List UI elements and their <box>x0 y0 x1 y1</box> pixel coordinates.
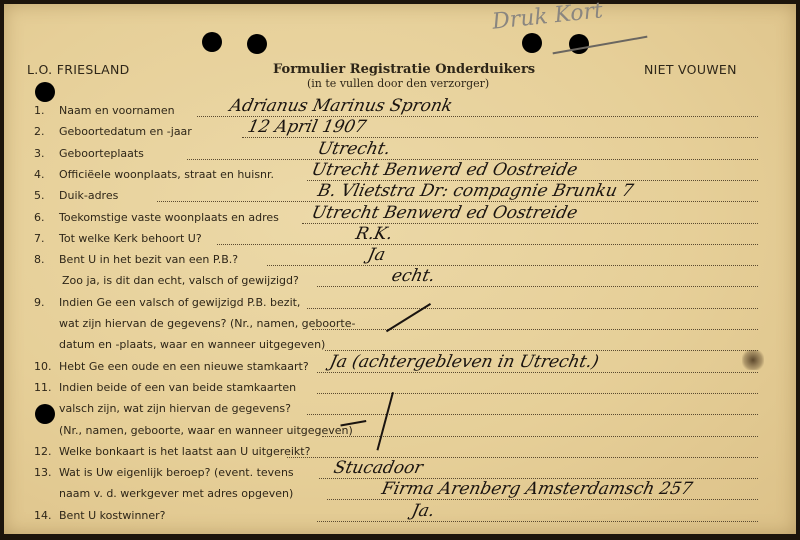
question-row: 10.Hebt Ge een oude en een nieuwe stamka… <box>0 360 800 382</box>
question-number: 13. <box>34 466 54 479</box>
handwritten-answer: R.K. <box>354 224 395 244</box>
answer-line <box>307 308 758 309</box>
handwritten-answer: B. Vlietstra Dr: compagnie Brunku 7 <box>316 181 635 201</box>
question-label: naam v. d. werkgever met adres opgeven) <box>59 487 293 500</box>
question-label: Zoo ja, is dit dan echt, valsch of gewij… <box>62 274 299 287</box>
question-number: 5. <box>34 189 54 202</box>
answer-line <box>327 499 758 500</box>
question-row: 6.Toekomstige vaste woonplaats en adresU… <box>0 211 800 233</box>
question-row: valsch zijn, wat zijn hiervan de gegeven… <box>0 402 800 424</box>
question-label: Bent U in het bezit van een P.B.? <box>59 253 238 266</box>
question-label: Bent U kostwinner? <box>59 509 166 522</box>
question-number: 14. <box>34 509 54 522</box>
question-row: (Nr., namen, geboorte, waar en wanneer u… <box>0 424 800 446</box>
punch-hole <box>247 34 267 54</box>
question-label: Welke bonkaart is het laatst aan U uitge… <box>59 445 310 458</box>
answer-line <box>317 393 758 394</box>
question-label: Indien beide of een van beide stamkaarte… <box>59 381 296 394</box>
punch-hole <box>522 33 542 53</box>
punch-hole <box>569 34 589 54</box>
question-number: 1. <box>34 104 54 117</box>
question-row: Zoo ja, is dit dan echt, valsch of gewij… <box>0 274 800 296</box>
do-not-fold-label: NIET VOUWEN <box>644 62 737 77</box>
question-row: naam v. d. werkgever met adres opgeven)F… <box>0 487 800 509</box>
question-number: 2. <box>34 125 54 138</box>
handwritten-answer: Ja (achtergebleven in Utrecht.) <box>328 352 601 372</box>
handwritten-answer: Firma Arenberg Amsterdamsch 257 <box>380 479 694 499</box>
answer-line <box>317 521 758 522</box>
form-title: Formulier Registratie Onderduikers <box>273 62 535 77</box>
handwritten-answer: Adrianus Marinus Spronk <box>228 96 454 116</box>
question-number: 10. <box>34 360 54 373</box>
question-number: 3. <box>34 147 54 160</box>
question-label: (Nr., namen, geboorte, waar en wanneer u… <box>59 424 353 437</box>
question-label: Toekomstige vaste woonplaats en adres <box>59 211 279 224</box>
question-number: 8. <box>34 253 54 266</box>
form-subtitle: (in te vullen door den verzorger) <box>307 77 489 90</box>
question-number: 6. <box>34 211 54 224</box>
organization-label: L.O. FRIESLAND <box>27 62 130 77</box>
handwritten-answer: Utrecht Benwerd ed Oostreide <box>310 203 579 223</box>
question-number: 4. <box>34 168 54 181</box>
question-row: 14.Bent U kostwinner?Ja. <box>0 509 800 531</box>
question-number: 7. <box>34 232 54 245</box>
handwritten-answer: Ja. <box>410 501 437 521</box>
question-number: 12. <box>34 445 54 458</box>
answer-line <box>307 414 758 415</box>
answer-line <box>217 244 758 245</box>
question-label: Wat is Uw eigenlijk beroep? (event. teve… <box>59 466 294 479</box>
question-number: 9. <box>34 296 54 309</box>
answer-line <box>322 436 758 437</box>
handwritten-answer: echt. <box>390 266 437 286</box>
ink-stain <box>742 350 764 370</box>
handwritten-answer: 12 April 1907 <box>246 117 368 137</box>
question-label: Geboorteplaats <box>59 147 144 160</box>
punch-hole <box>202 32 222 52</box>
question-label: Geboortedatum en -jaar <box>59 125 192 138</box>
question-label: valsch zijn, wat zijn hiervan de gegeven… <box>59 402 291 415</box>
question-label: Naam en voornamen <box>59 104 175 117</box>
punch-hole <box>35 82 55 102</box>
answer-line <box>267 265 758 266</box>
question-row: 9.Indien Ge een valsch of gewijzigd P.B.… <box>0 296 800 318</box>
handwritten-answer: Utrecht Benwerd ed Oostreide <box>310 160 579 180</box>
question-number: 11. <box>34 381 54 394</box>
question-row: 11.Indien beide of een van beide stamkaa… <box>0 381 800 403</box>
answer-line <box>312 329 758 330</box>
question-label: datum en -plaats, waar en wanneer uitgeg… <box>59 338 325 351</box>
answer-line <box>317 286 758 287</box>
question-row: 1.Naam en voornamenAdrianus Marinus Spro… <box>0 104 800 126</box>
handwritten-answer: Stucadoor <box>332 458 425 478</box>
question-row: 7.Tot welke Kerk behoort U?R.K. <box>0 232 800 254</box>
question-label: Officiëele woonplaats, straat en huisnr. <box>59 168 274 181</box>
question-label: Tot welke Kerk behoort U? <box>59 232 202 245</box>
question-label: Duik-adres <box>59 189 118 202</box>
question-label: wat zijn hiervan de gegevens? (Nr., name… <box>59 317 355 330</box>
question-label: Hebt Ge een oude en een nieuwe stamkaart… <box>59 360 309 373</box>
question-row: 2.Geboortedatum en -jaar12 April 1907 <box>0 125 800 147</box>
handwritten-answer: Ja <box>366 245 387 265</box>
question-label: Indien Ge een valsch of gewijzigd P.B. b… <box>59 296 300 309</box>
handwritten-answer: Utrecht. <box>316 139 392 159</box>
